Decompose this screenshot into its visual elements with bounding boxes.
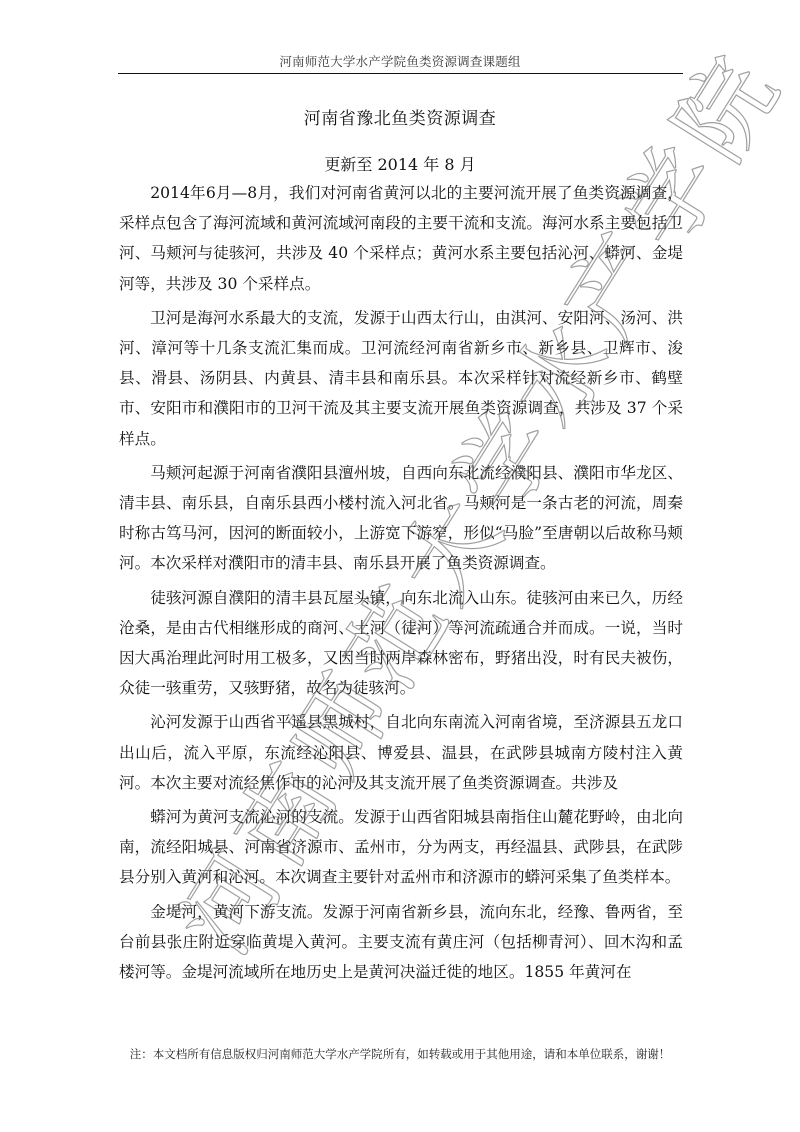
header-divider xyxy=(118,73,683,74)
paragraph-manghe: 蟒河为黄河支流沁河的支流。发源于山西省阳城县南指住山麓花野岭，由北向南，流经阳城… xyxy=(119,802,683,893)
paragraph-weihe: 卫河是海河水系最大的支流，发源于山西太行山，由淇河、安阳河、汤河、洪河、漳河等十… xyxy=(119,303,683,454)
document-page: 河南师范大学水产学院鱼类资源调查课题组 河南省豫北鱼类资源调查 更新至 2014… xyxy=(0,0,800,1132)
paragraph-jindihe: 金堤河，黄河下游支流。发源于河南省新乡县，流向东北，经豫、鲁两省，至台前县张庄附… xyxy=(119,897,683,988)
document-body: 2014年6月—8月，我们对河南省黄河以北的主要河流开展了鱼类资源调查，采样点包… xyxy=(119,178,683,991)
paragraph-tuhaihe: 徒骇河源自濮阳的清丰县瓦屋头镇，向东北流入山东。徒骇河由来已久，历经沧桑，是由古… xyxy=(119,583,683,704)
paragraph-intro: 2014年6月—8月，我们对河南省黄河以北的主要河流开展了鱼类资源调查，采样点包… xyxy=(119,178,683,299)
document-subtitle: 更新至 2014 年 8 月 xyxy=(0,152,800,175)
copyright-footer: 注：本文档所有信息版权归河南师范大学水产学院所有，如转载或用于其他用途，请和本单… xyxy=(0,1046,800,1062)
page-header: 河南师范大学水产学院鱼类资源调查课题组 xyxy=(0,52,800,70)
paragraph-majiahe: 马颊河起源于河南省濮阳县澶州坡，自西向东北流经濮阳县、濮阳市华龙区、清丰县、南乐… xyxy=(119,458,683,579)
paragraph-qinhe: 沁河发源于山西省平遥县黑城村，自北向东南流入河南省境，至济源县五龙口出山后，流入… xyxy=(119,707,683,798)
document-title: 河南省豫北鱼类资源调查 xyxy=(0,104,800,129)
